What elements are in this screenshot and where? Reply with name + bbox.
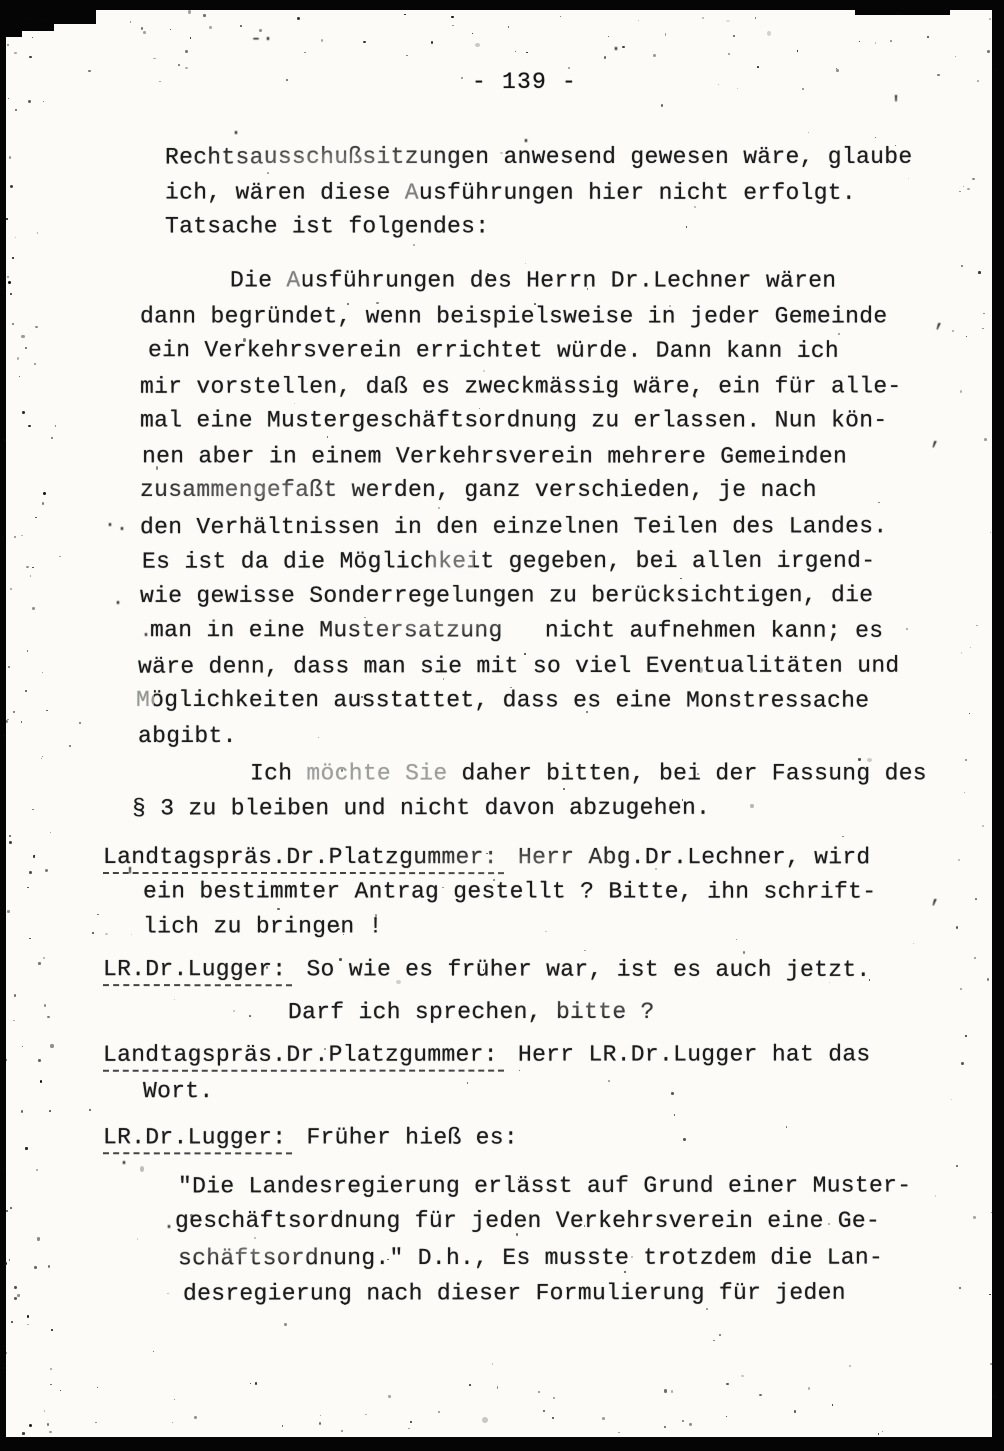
noise-speckle — [178, 64, 180, 66]
noise-speckle — [36, 1169, 38, 1171]
noise-speckle — [5, 1352, 6, 1354]
stray-mark: , — [934, 312, 946, 332]
noise-speckle — [836, 69, 838, 72]
noise-speckle — [956, 1165, 959, 1167]
noise-speckle — [97, 914, 99, 915]
line-text: § 3 zu bleiben und nicht davon abzugehen… — [132, 795, 710, 822]
speaker-name: LR.Dr.Lugger: — [103, 956, 292, 986]
text-line: desregierung nach dieser Formulierung fü… — [183, 1282, 846, 1306]
noise-speckle — [406, 55, 408, 57]
line-text: lich zu bringen ! — [143, 913, 383, 939]
noise-speckle — [2, 537, 3, 538]
noise-speckle — [376, 302, 378, 304]
noise-speckle — [50, 1044, 53, 1048]
noise-speckle — [973, 1216, 976, 1219]
noise-speckle — [13, 711, 14, 712]
noise-speckle — [726, 1383, 729, 1385]
noise-speckle — [733, 35, 735, 37]
noise-speckle — [975, 898, 977, 900]
noise-speckle — [937, 74, 939, 76]
noise-speckle — [69, 745, 71, 747]
line-text: schäftsordnung." D.h., Es musste trotzde… — [178, 1245, 883, 1272]
noise-speckle — [674, 1114, 676, 1115]
noise-speckle — [653, 54, 656, 57]
noise-speckle — [442, 887, 444, 889]
text-line: mal eine Mustergeschäftsordnung zu erlas… — [140, 409, 887, 432]
noise-speckle — [34, 363, 36, 364]
text-line: nen aber in einem Verkehrsverein mehrere… — [142, 445, 847, 468]
noise-speckle — [194, 1416, 197, 1419]
noise-speckle — [25, 1147, 28, 1149]
noise-speckle — [2, 1169, 3, 1170]
text-line: zusammengefaßt werden, ganz verschieden,… — [140, 479, 817, 502]
noise-speckle — [808, 1387, 811, 1389]
noise-speckle — [492, 1363, 493, 1364]
noise-speckle — [337, 928, 339, 930]
text-line: Tatsache ist folgendes: — [165, 215, 489, 238]
noise-speckle — [88, 70, 90, 73]
line-text: mal eine Mustergeschäftsordnung zu erlas… — [140, 407, 887, 433]
noise-speckle — [989, 18, 991, 20]
noise-speckle — [694, 206, 696, 208]
noise-speckle — [51, 1329, 53, 1331]
text-line: Darf ich sprechen, bitte ? — [288, 1001, 655, 1024]
text-line: Landtagspräs.Dr.Platzgummer: Herr Abg.Dr… — [103, 846, 871, 869]
noise-speckle — [4, 439, 6, 442]
noise-speckle — [682, 1420, 684, 1422]
line-text: dann begründet, wenn beispielsweise in j… — [140, 304, 887, 330]
line-text: Rechtsausschußsitzungen anwesend gewesen… — [165, 144, 912, 170]
noise-speckle — [661, 104, 663, 107]
noise-speckle — [42, 502, 45, 505]
text-line: Ich möchte Sie daher bitten, bei der Fas… — [250, 763, 927, 786]
noise-speckle — [616, 495, 618, 497]
line-text: ein bestimmter Antrag gestellt ? Bitte, … — [143, 878, 876, 904]
stray-mark: , — [930, 888, 942, 908]
noise-speckle — [794, 1410, 797, 1412]
noise-speckle — [243, 338, 246, 341]
noise-speckle — [44, 1410, 45, 1412]
noise-speckle — [982, 825, 985, 827]
text-line: man in eine Mustersatzung nicht aufnehme… — [150, 619, 883, 643]
text-line: Wort. — [143, 1080, 214, 1103]
line-text: Tatsache ist folgendes: — [165, 213, 489, 239]
noise-speckle — [152, 891, 154, 893]
line-text: So wie es früher war, ist es auch jetzt. — [292, 956, 870, 983]
noise-speckle — [347, 303, 349, 305]
line-text: ein Verkehrsverein errichtet würde. Dann… — [148, 337, 839, 364]
noise-speckle — [7, 44, 9, 46]
noise-speckle — [624, 1271, 626, 1272]
noise-speckle — [21, 335, 24, 338]
noise-speckle — [622, 46, 624, 48]
noise-speckle — [29, 1424, 32, 1427]
noise-speckle — [750, 804, 754, 808]
noise-speckle — [353, 1188, 356, 1190]
noise-speckle — [728, 53, 730, 55]
noise-speckle — [343, 934, 344, 935]
noise-speckle — [966, 336, 967, 337]
line-text: man in eine Mustersatzung nicht aufnehme… — [150, 617, 883, 644]
noise-speckle — [59, 556, 61, 557]
noise-speckle — [486, 853, 487, 854]
stray-mark: . — [163, 1214, 175, 1234]
noise-speckle — [849, 1365, 851, 1367]
noise-speckle — [978, 271, 981, 274]
noise-speckle — [22, 1432, 25, 1434]
noise-speckle — [5, 720, 8, 723]
noise-speckle — [44, 1004, 47, 1006]
text-line: LR.Dr.Lugger: Früher hieß es: — [103, 1126, 518, 1149]
noise-speckle — [587, 288, 588, 289]
line-text: Herr LR.Dr.Lugger hat das — [504, 1041, 871, 1067]
noise-speckle — [364, 617, 365, 618]
text-line: wäre denn, dass man sie mit so viel Even… — [138, 655, 900, 679]
noise-speckle — [143, 31, 146, 34]
text-line: dann begründet, wenn beispielsweise in j… — [140, 306, 887, 329]
noise-speckle — [993, 1395, 996, 1398]
noise-speckle — [467, 1082, 468, 1083]
noise-speckle — [5, 1059, 7, 1061]
noise-speckle — [19, 376, 20, 377]
noise-speckle — [249, 1015, 251, 1017]
noise-speckle — [683, 1138, 686, 1141]
noise-speckle — [240, 25, 242, 27]
noise-speckle — [131, 934, 132, 935]
text-line: ich, wären diese Ausführungen hier nicht… — [165, 182, 856, 205]
noise-speckle — [671, 1092, 674, 1095]
speaker-name: Landtagspräs.Dr.Platzgummer: — [103, 1042, 504, 1072]
speaker-name: Landtagspräs.Dr.Platzgummer: — [103, 844, 504, 874]
noise-speckle — [190, 1214, 192, 1216]
noise-speckle — [526, 52, 527, 53]
noise-speckle — [361, 696, 363, 697]
noise-speckle — [28, 17, 31, 20]
noise-speckle — [982, 328, 983, 329]
noise-speckle — [976, 625, 977, 626]
text-line: § 3 zu bleiben und nicht davon abzugehen… — [132, 797, 710, 821]
noise-speckle — [43, 957, 45, 959]
noise-speckle — [697, 773, 699, 775]
noise-speckle — [17, 1294, 20, 1296]
noise-speckle — [156, 466, 159, 469]
noise-speckle — [726, 20, 729, 23]
stray-mark: ' — [124, 868, 136, 888]
noise-speckle — [341, 1430, 343, 1432]
noise-speckle — [282, 1425, 283, 1427]
line-text: abgibt. — [138, 723, 237, 749]
noise-speckle — [203, 14, 206, 16]
stray-mark: · — [610, 40, 622, 60]
noise-speckle — [878, 502, 879, 503]
noise-speckle — [10, 1207, 12, 1209]
line-text: Ich möchte Sie daher bitten, bei der Fas… — [250, 761, 927, 787]
noise-speckle — [3, 1367, 6, 1369]
text-line: abgibt. — [138, 725, 237, 748]
noise-speckle — [664, 1389, 667, 1392]
scanned-document-page: - 139 - Rechtsausschußsitzungen anwesend… — [0, 0, 1004, 1451]
line-text: zusammengefaßt werden, ganz verschieden,… — [140, 477, 817, 503]
noise-speckle — [568, 67, 570, 69]
noise-speckle — [159, 81, 160, 82]
text-layer: Rechtsausschußsitzungen anwesend gewesen… — [0, 0, 1004, 1451]
text-line: schäftsordnung." D.h., Es musste trotzde… — [178, 1247, 883, 1271]
noise-speckle — [28, 425, 30, 427]
noise-speckle — [37, 1237, 40, 1240]
noise-speckle — [965, 1035, 967, 1037]
noise-speckle — [927, 36, 929, 39]
speaker-name: LR.Dr.Lugger: — [103, 1124, 292, 1154]
line-text: Wort. — [143, 1078, 214, 1104]
noise-speckle — [32, 607, 35, 610]
stray-mark: . — [140, 622, 152, 642]
noise-speckle — [987, 50, 989, 53]
noise-speckle — [413, 244, 415, 246]
stray-mark: . — [112, 590, 124, 610]
noise-speckle — [706, 1308, 708, 1310]
noise-speckle — [324, 1048, 325, 1050]
noise-speckle — [802, 455, 804, 457]
noise-speckle — [254, 1237, 256, 1239]
noise-speckle — [190, 37, 191, 39]
noise-speckle — [719, 1334, 720, 1336]
line-text: geschäftsordnung für jeden Verkehrsverei… — [175, 1208, 880, 1234]
noise-speckle — [174, 1399, 175, 1400]
line-text: ich, wären diese Ausführungen hier nicht… — [165, 180, 856, 206]
noise-speckle — [167, 1293, 169, 1294]
noise-speckle — [34, 1266, 37, 1269]
noise-speckle — [388, 1395, 391, 1398]
noise-speckle — [698, 667, 702, 673]
noise-speckle — [689, 1423, 691, 1425]
noise-speckle — [984, 438, 987, 441]
noise-speckle — [737, 88, 738, 89]
noise-speckle — [341, 769, 343, 772]
noise-speckle — [45, 869, 48, 872]
noise-speckle — [33, 855, 35, 857]
noise-speckle — [10, 588, 12, 590]
noise-speckle — [655, 868, 657, 870]
noise-speckle — [185, 67, 188, 70]
text-line: Landtagspräs.Dr.Platzgummer: Herr LR.Dr.… — [103, 1043, 871, 1066]
text-line: Möglichkeiten ausstattet, dass es eine M… — [136, 689, 869, 713]
noise-speckle — [38, 962, 40, 964]
noise-speckle — [14, 52, 16, 54]
stray-mark: -· — [250, 30, 274, 50]
noise-speckle — [396, 980, 401, 984]
noise-speckle — [451, 16, 453, 18]
noise-speckle — [47, 1423, 49, 1426]
noise-speckle — [972, 178, 975, 180]
noise-speckle — [786, 1126, 787, 1127]
noise-speckle — [408, 1428, 409, 1429]
noise-speckle — [615, 1256, 616, 1257]
noise-speckle — [43, 492, 46, 495]
stray-mark: ' — [890, 96, 902, 116]
noise-speckle — [11, 1321, 12, 1323]
text-line: Rechtsausschußsitzungen anwesend gewesen… — [165, 146, 912, 169]
stray-mark: . — [118, 1150, 130, 1170]
noise-speckle — [552, 1417, 554, 1418]
line-text: nen aber in einem Verkehrsverein mehrere… — [142, 443, 847, 469]
stray-mark: , — [930, 430, 942, 450]
text-line: Es ist da die Möglichkeit gegeben, bei a… — [142, 550, 875, 574]
line-text: Darf ich sprechen, bitte ? — [288, 999, 655, 1025]
noise-speckle — [10, 185, 13, 188]
line-text: "Die Landesregierung erlässt auf Grund e… — [178, 1172, 911, 1199]
noise-speckle — [255, 1382, 257, 1384]
line-text: Früher hieß es: — [292, 1124, 518, 1150]
text-line: ein Verkehrsverein errichtet würde. Dann… — [148, 339, 839, 363]
noise-speckle — [51, 437, 53, 439]
noise-speckle — [858, 758, 860, 760]
noise-speckle — [543, 1410, 545, 1412]
noise-speckle — [9, 835, 11, 837]
noise-speckle — [487, 273, 488, 274]
line-text: mir vorstellen, daß es zweckmässig wäre,… — [140, 373, 902, 399]
noise-speckle — [524, 653, 526, 655]
noise-speckle — [967, 188, 970, 190]
noise-speckle — [757, 66, 759, 68]
stray-mark: ·. — [104, 516, 128, 536]
noise-speckle — [266, 966, 268, 969]
noise-speckle — [387, 1259, 389, 1260]
noise-speckle — [974, 957, 976, 959]
text-line: ein bestimmter Antrag gestellt ? Bitte, … — [143, 880, 876, 903]
noise-speckle — [15, 109, 17, 112]
text-line: mir vorstellen, daß es zweckmässig wäre,… — [140, 375, 902, 398]
noise-speckle — [602, 1417, 604, 1420]
stray-mark: . — [520, 128, 532, 148]
noise-speckle — [736, 939, 737, 940]
line-text: Möglichkeiten ausstattet, dass es eine M… — [136, 687, 869, 714]
noise-speckle — [267, 172, 269, 174]
text-line: "Die Landesregierung erlässt auf Grund e… — [178, 1174, 911, 1198]
text-line: LR.Dr.Lugger: So wie es früher war, ist … — [103, 958, 871, 982]
text-line: Die Ausführungen des Herrn Dr.Lechner wä… — [230, 269, 836, 292]
noise-speckle — [755, 17, 756, 19]
text-line: den Verhältnissen in den einzelnen Teile… — [140, 515, 887, 539]
text-line: wie gewisse Sonderregelungen zu berücksi… — [140, 584, 873, 608]
line-text: wäre denn, dass man sie mit so viel Even… — [138, 653, 900, 680]
noise-speckle — [989, 1294, 990, 1295]
noise-speckle — [987, 978, 989, 981]
noise-speckle — [170, 29, 171, 30]
noise-speckle — [686, 226, 687, 227]
stray-mark: . — [230, 120, 242, 140]
line-text: Es ist da die Möglichkeit gegeben, bei a… — [142, 548, 875, 575]
noise-speckle — [461, 77, 463, 79]
noise-speckle — [842, 836, 844, 838]
noise-speckle — [277, 908, 279, 911]
noise-speckle — [298, 155, 300, 157]
noise-speckle — [284, 1323, 287, 1326]
noise-speckle — [321, 39, 323, 42]
line-text: den Verhältnissen in den einzelnen Teile… — [140, 513, 887, 540]
line-text: Die Ausführungen des Herrn Dr.Lechner wä… — [230, 267, 836, 293]
noise-speckle — [8, 281, 11, 284]
noise-speckle — [713, 1340, 714, 1341]
line-text: Herr Abg.Dr.Lechner, wird — [504, 844, 871, 870]
text-line: geschäftsordnung für jeden Verkehrsverei… — [175, 1210, 880, 1233]
noise-speckle — [3, 1346, 5, 1348]
noise-speckle — [9, 841, 12, 845]
line-text: wie gewisse Sonderregelungen zu berücksi… — [140, 582, 873, 609]
noise-speckle — [27, 1315, 29, 1317]
text-line: lich zu bringen ! — [143, 915, 383, 938]
noise-speckle — [7, 910, 10, 912]
noise-speckle — [188, 10, 190, 13]
noise-speckle — [472, 33, 473, 34]
noise-speckle — [525, 263, 526, 264]
noise-speckle — [961, 1062, 964, 1065]
noise-speckle — [286, 79, 288, 81]
noise-speckle — [14, 536, 16, 537]
noise-speckle — [89, 1109, 91, 1111]
noise-speckle — [759, 1394, 762, 1396]
noise-speckle — [29, 938, 31, 940]
line-text: desregierung nach dieser Formulierung fü… — [183, 1280, 846, 1307]
noise-speckle — [14, 994, 16, 997]
noise-speckle — [339, 958, 342, 961]
